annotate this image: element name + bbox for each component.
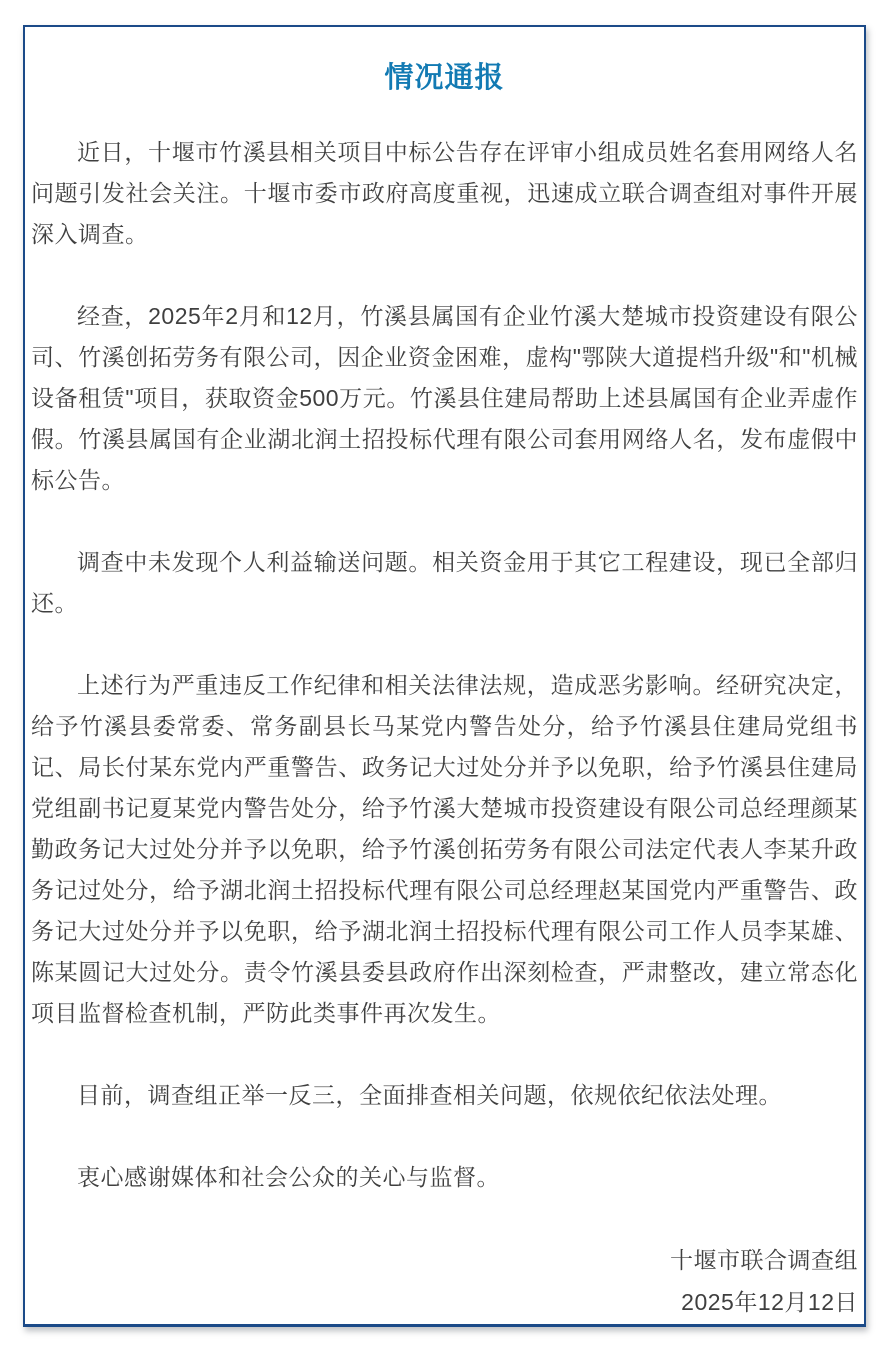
notice-paragraph-ongoing: 目前，调查组正举一反三，全面排查相关问题，依规依纪依法处理。 (29, 1075, 860, 1116)
notice-frame: 情况通报 近日，十堰市竹溪县相关项目中标公告存在评审小组成员姓名套用网络人名问题… (23, 25, 866, 1327)
notice-paragraph-punishments: 上述行为严重违反工作纪律和相关法律法规，造成恶劣影响。经研究决定，给予竹溪县委常… (29, 665, 860, 1034)
signature-organization: 十堰市联合调查组 (29, 1239, 858, 1281)
notice-title: 情况通报 (29, 61, 860, 95)
signature-block: 十堰市联合调查组 2025年12月12日 (29, 1239, 860, 1323)
notice-paragraph-funds: 调查中未发现个人利益输送问题。相关资金用于其它工程建设，现已全部归还。 (29, 542, 860, 624)
signature-date: 2025年12月12日 (29, 1281, 858, 1323)
notice-paragraph-thanks: 衷心感谢媒体和社会公众的关心与监督。 (29, 1157, 860, 1198)
notice-paragraph-intro: 近日，十堰市竹溪县相关项目中标公告存在评审小组成员姓名套用网络人名问题引发社会关… (29, 132, 860, 255)
notice-paragraph-findings: 经查，2025年2月和12月，竹溪县属国有企业竹溪大楚城市投资建设有限公司、竹溪… (29, 296, 860, 501)
